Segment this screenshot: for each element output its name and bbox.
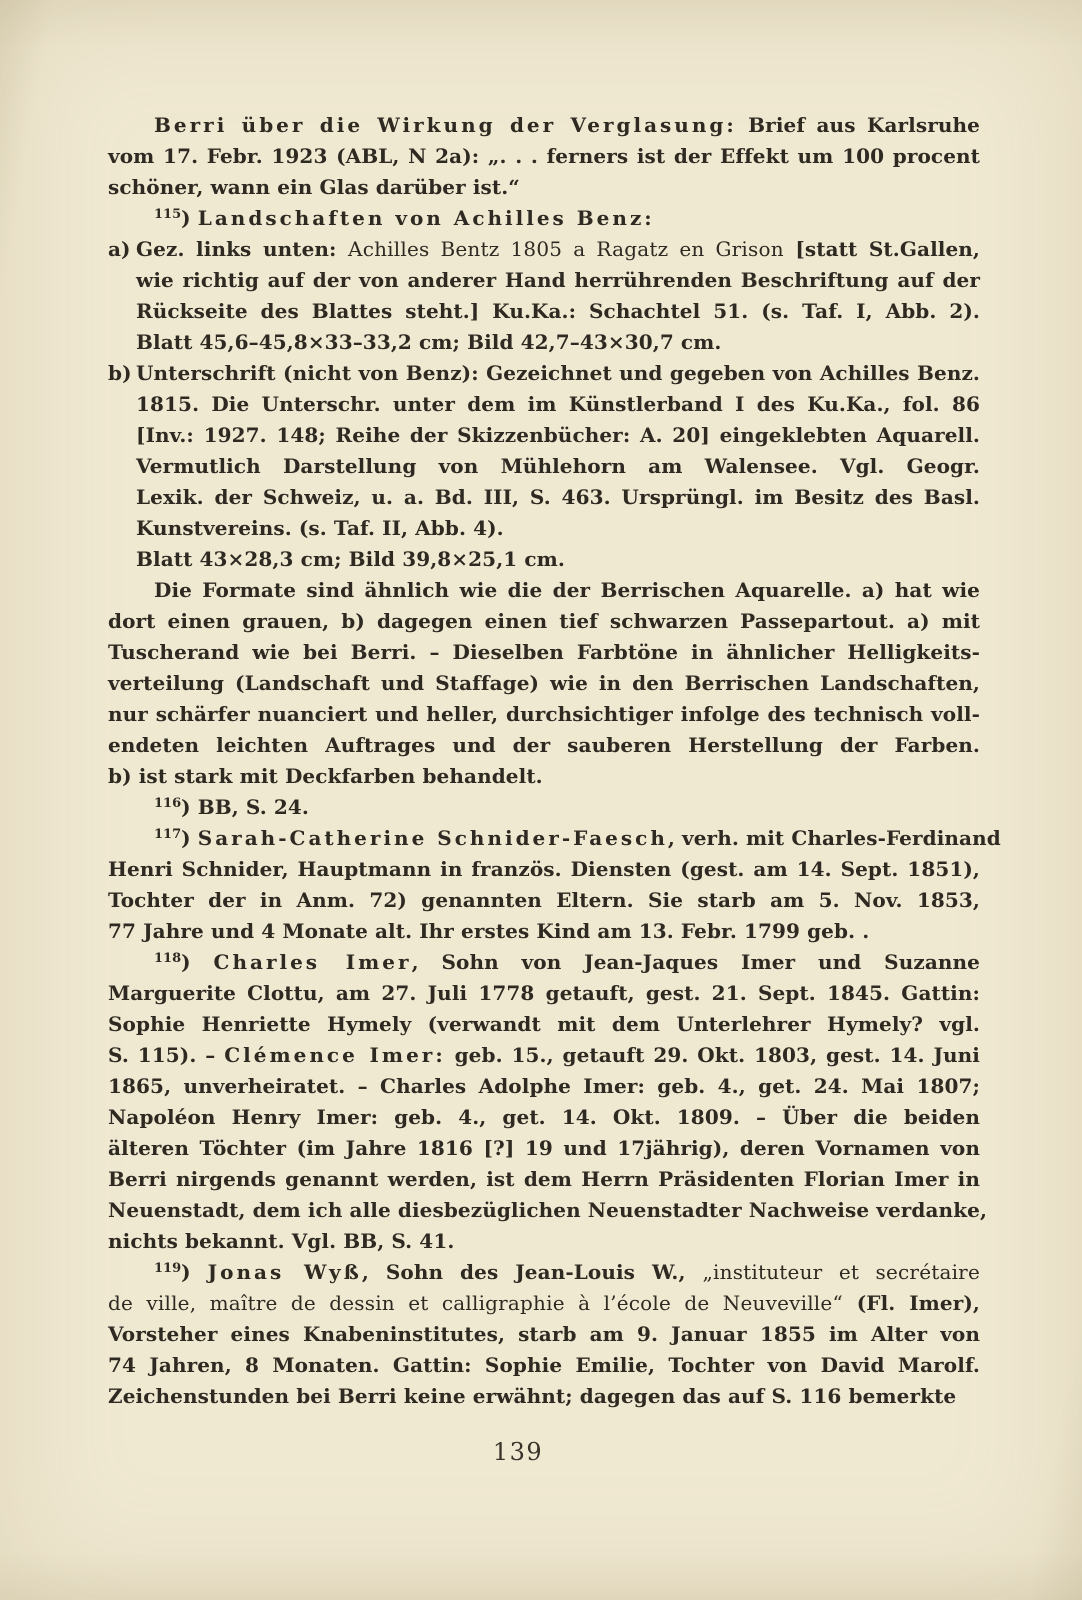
body-text: Sophie Henriette Hymely (verwandt mit de… [108, 1012, 980, 1036]
emphasized-text: Charles Imer [214, 950, 412, 974]
body-text: (Fl. Imer), [843, 1291, 980, 1315]
body-text: ) BB, S. 24. [181, 795, 309, 819]
body-text: Zeichenstunden bei Berri keine erwähnt; … [108, 1384, 956, 1408]
text-line: Marguerite Clottu, am 27. Juli 1778 geta… [108, 978, 980, 1009]
emphasized-text: Clémence Imer: [224, 1043, 445, 1067]
text-line: vom 17. Febr. 1923 (ABL, N 2a): „. . . f… [108, 141, 980, 172]
body-text: älteren Töchter (im Jahre 1816 [?] 19 un… [108, 1136, 980, 1160]
text-line: Berri nirgends genannt werden, ist dem H… [108, 1164, 980, 1195]
footnote-number: 115 [154, 207, 181, 222]
text-line: Vermutlich Darstellung von Mühlehorn am … [108, 451, 980, 482]
text-line: wie richtig auf der von anderer Hand her… [108, 265, 980, 296]
text-line: 117) Sarah-Catherine Schnider-Faesch, ve… [108, 823, 980, 854]
text-line: [Inv.: 1927. 148; Reihe der Skizzenbüche… [108, 420, 980, 451]
body-text: Napoléon Henry Imer: geb. 4., get. 14. O… [108, 1105, 980, 1129]
body-text: Die Formate sind ähnlich wie die der Ber… [154, 578, 980, 602]
text-line: b) ist stark mit Deckfarben behandelt. [108, 761, 980, 792]
body-text: Vorsteher eines Knabeninstitutes, starb … [108, 1322, 980, 1346]
text-line: 116) BB, S. 24. [108, 792, 980, 823]
body-text: Lexik. der Schweiz, u. a. Bd. III, S. 46… [136, 485, 980, 509]
body-text: [Inv.: 1927. 148; Reihe der Skizzenbüche… [136, 423, 980, 447]
body-text: 77 Jahre und 4 Monate alt. Ihr erstes Ki… [108, 919, 869, 943]
body-text: 74 Jahren, 8 Monaten. Gattin: Sophie Emi… [108, 1353, 980, 1377]
body-text: Blatt 43×28,3 cm; Bild 39,8×25,1 cm. [136, 547, 565, 571]
text-line: Lexik. der Schweiz, u. a. Bd. III, S. 46… [108, 482, 980, 513]
text-line: dort einen grauen, b) dagegen einen tief… [108, 606, 980, 637]
text-line: Neuenstadt, dem ich alle diesbezüglichen… [108, 1195, 980, 1226]
text-line: älteren Töchter (im Jahre 1816 [?] 19 un… [108, 1133, 980, 1164]
footnote-number: 119 [154, 1261, 181, 1276]
body-text: Tuscherand wie bei Berri. – Dieselben Fa… [108, 640, 980, 664]
text-line: Blatt 43×28,3 cm; Bild 39,8×25,1 cm. [108, 544, 980, 575]
body-text: 1865, unverheiratet. – Charles Adolphe I… [108, 1074, 980, 1098]
text-line: b)Unterschrift (nicht von Benz): Gezeich… [108, 358, 980, 389]
text-line: Tochter der in Anm. 72) genannten Eltern… [108, 885, 980, 916]
text-line: Sophie Henriette Hymely (verwandt mit de… [108, 1009, 980, 1040]
text-line: schöner, wann ein Glas darüber ist.“ [108, 172, 980, 203]
body-text: verteilung (Landschaft und Staffage) wie… [108, 671, 980, 695]
text-line: Blatt 45,6–45,8×33–33,2 cm; Bild 42,7–43… [108, 327, 980, 358]
text-line: nur schärfer nuanciert und heller, durch… [108, 699, 980, 730]
body-text: wie richtig auf der von anderer Hand her… [136, 268, 980, 292]
body-text: ) [181, 206, 198, 230]
text-line: verteilung (Landschaft und Staffage) wie… [108, 668, 980, 699]
emphasized-text: Jonas Wyß [208, 1260, 362, 1284]
text-line: 119) Jonas Wyß, Sohn des Jean-Louis W., … [108, 1257, 980, 1288]
text-line: a)Gez. links unten: Achilles Bentz 1805 … [108, 234, 980, 265]
body-text: nur schärfer nuanciert und heller, durch… [108, 702, 980, 726]
footnote-number: 116 [154, 796, 181, 811]
body-text: Rückseite des Blattes steht.] Ku.Ka.: Sc… [136, 299, 980, 323]
body-text: vom 17. Febr. 1923 (ABL, N 2a): „. . . f… [108, 144, 980, 168]
footnote-number: 117 [154, 827, 181, 842]
body-text: Berri nirgends genannt werden, ist dem H… [108, 1167, 980, 1191]
roman-text: Achilles Bentz 1805 a Ragatz en Grison [348, 237, 784, 261]
body-text: dort einen grauen, b) dagegen einen tief… [108, 609, 980, 633]
body-text: nichts bekannt. Vgl. BB, S. 41. [108, 1229, 454, 1253]
body-text: schöner, wann ein Glas darüber ist.“ [108, 175, 520, 199]
body-text: , Sohn von Jean-Jaques Imer und Suzanne [412, 950, 980, 974]
body-text: Vermutlich Darstellung von Mühlehorn am … [136, 454, 980, 478]
body-text: S. 115). – [108, 1043, 224, 1067]
text-line: endeten leichten Auftrages und der saube… [108, 730, 980, 761]
text-line: Berri über die Wirkung der Verglasung: B… [108, 110, 980, 141]
text-line: 118) Charles Imer, Sohn von Jean-Jaques … [108, 947, 980, 978]
body-text: [statt St.Gallen, [784, 237, 980, 261]
page-number: 139 [108, 1438, 928, 1466]
scanned-page: Berri über die Wirkung der Verglasung: B… [0, 0, 1082, 1600]
text-line: Vorsteher eines Knabeninstitutes, starb … [108, 1319, 980, 1350]
body-text: endeten leichten Auftrages und der saube… [108, 733, 980, 757]
item-marker: b) [108, 358, 132, 389]
text-line: Tuscherand wie bei Berri. – Dieselben Fa… [108, 637, 980, 668]
body-text: , verh. mit Charles-Ferdinand [668, 826, 1001, 850]
body-text: Marguerite Clottu, am 27. Juli 1778 geta… [108, 981, 980, 1005]
emphasized-text: Berri über die Wirkung der Verglasung: [154, 113, 737, 137]
text-line: Rückseite des Blattes steht.] Ku.Ka.: Sc… [108, 296, 980, 327]
body-text: b) ist stark mit Deckfarben behandelt. [108, 764, 543, 788]
body-text: geb. 15., getauft 29. Okt. 1803, gest. 1… [446, 1043, 980, 1067]
text-line: Kunstvereins. (s. Taf. II, Abb. 4). [108, 513, 980, 544]
body-text: Henri Schnider, Hauptmann in französ. Di… [108, 857, 980, 881]
text-line: 115) Landschaften von Achilles Benz: [108, 203, 980, 234]
item-marker: a) [108, 234, 131, 265]
text-block: Berri über die Wirkung der Verglasung: B… [108, 110, 980, 1412]
body-text: 1815. Die Unterschr. unter dem im Künstl… [136, 392, 980, 416]
body-text: ) [181, 1260, 208, 1284]
emphasized-text: Landschaften von Achilles Benz: [198, 206, 655, 230]
body-text: Tochter der in Anm. 72) genannten Eltern… [108, 888, 980, 912]
text-line: de ville, maître de dessin et calligraph… [108, 1288, 980, 1319]
text-line: Henri Schnider, Hauptmann in französ. Di… [108, 854, 980, 885]
text-line: nichts bekannt. Vgl. BB, S. 41. [108, 1226, 980, 1257]
body-text: Gez. links unten: [136, 237, 348, 261]
body-text: Kunstvereins. (s. Taf. II, Abb. 4). [136, 516, 504, 540]
roman-text: „instituteur et secrétaire [702, 1260, 980, 1284]
text-line: 74 Jahren, 8 Monaten. Gattin: Sophie Emi… [108, 1350, 980, 1381]
text-line: 77 Jahre und 4 Monate alt. Ihr erstes Ki… [108, 916, 980, 947]
body-text: Brief aus Karlsruhe [737, 113, 980, 137]
text-line: 1815. Die Unterschr. unter dem im Künstl… [108, 389, 980, 420]
text-line: Zeichenstunden bei Berri keine erwähnt; … [108, 1381, 980, 1412]
emphasized-text: Sarah-Catherine Schnider-Faesch [198, 826, 668, 850]
text-line: Die Formate sind ähnlich wie die der Ber… [108, 575, 980, 606]
body-text: ) [181, 950, 213, 974]
body-text: ) [181, 826, 198, 850]
body-text: , Sohn des Jean-Louis W., [362, 1260, 703, 1284]
roman-text: de ville, maître de dessin et calligraph… [108, 1291, 843, 1315]
text-line: 1865, unverheiratet. – Charles Adolphe I… [108, 1071, 980, 1102]
footnote-number: 118 [154, 951, 181, 966]
body-text: Blatt 45,6–45,8×33–33,2 cm; Bild 42,7–43… [136, 330, 722, 354]
body-text: Unterschrift (nicht von Benz): Gezeichne… [136, 361, 980, 385]
text-line: S. 115). – Clémence Imer: geb. 15., geta… [108, 1040, 980, 1071]
text-line: Napoléon Henry Imer: geb. 4., get. 14. O… [108, 1102, 980, 1133]
body-text: Neuenstadt, dem ich alle diesbezüglichen… [108, 1198, 987, 1222]
